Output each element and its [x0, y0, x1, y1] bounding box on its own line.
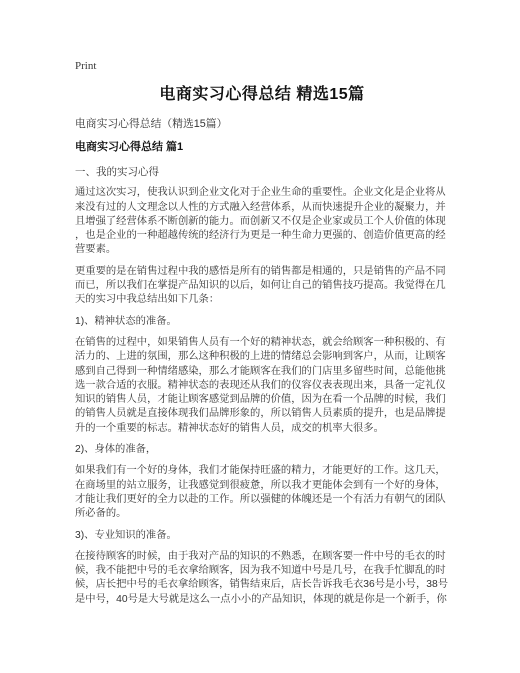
- print-link[interactable]: Print: [75, 60, 449, 73]
- paragraph-4: 如果我们有一个好的身体，我们才能保持旺盛的精力，才能更好的工作。这几天，在商场里…: [75, 464, 449, 521]
- document-title: 电商实习心得总结 精选15篇: [75, 84, 449, 105]
- document-page: Print 电商实习心得总结 精选15篇 电商实习心得总结（精选15篇） 电商实…: [0, 0, 520, 673]
- part-heading: 电商实习心得总结 篇1: [75, 140, 449, 154]
- paragraph-5: 在接待顾客的时候，由于我对产品的知识的不熟悉，在顾客要一件中号的毛衣的时候，我不…: [75, 550, 449, 607]
- document-subtitle: 电商实习心得总结（精选15篇）: [75, 117, 449, 131]
- paragraph-2: 更重要的是在销售过程中我的感悟是所有的销售都是相通的，只是销售的产品不同而已，所…: [75, 265, 449, 308]
- list-heading-1: 1)、精神状态的准备。: [75, 315, 449, 329]
- list-heading-3: 3)、专业知识的准备。: [75, 529, 449, 543]
- paragraph-3: 在销售的过程中，如果销售人员有一个好的精神状态，就会给顾客一种积极的、有活力的、…: [75, 336, 449, 436]
- section-heading: 一、我的实习心得: [75, 165, 449, 179]
- paragraph-1: 通过这次实习，使我认识到企业文化对于企业生命的重要性。企业文化是企业将从来没有过…: [75, 186, 449, 257]
- list-heading-2: 2)、身体的准备，: [75, 443, 449, 457]
